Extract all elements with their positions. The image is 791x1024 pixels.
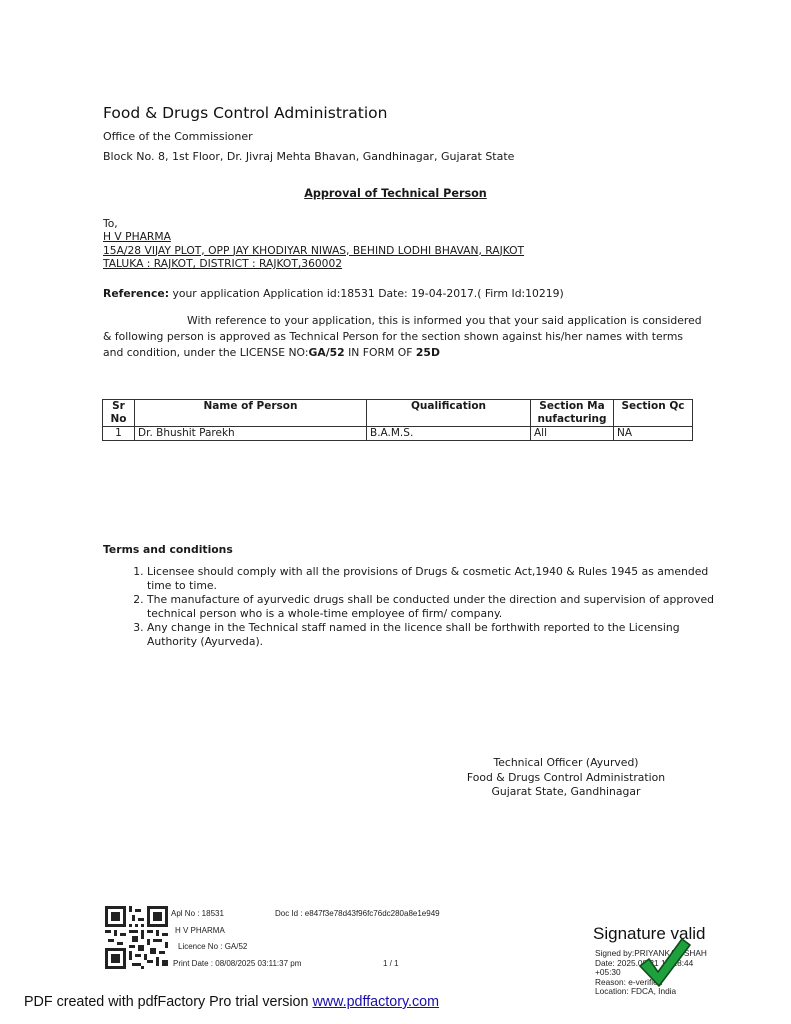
office-name: Office of the Commissioner — [103, 130, 253, 143]
meta-firm-name: H V PHARMA — [175, 926, 225, 935]
organization-title: Food & Drugs Control Administration — [103, 104, 387, 122]
meta-licence-number: Licence No : GA/52 — [178, 942, 247, 951]
table-header-row: SrNo Name of Person Qualification Sectio… — [103, 400, 693, 427]
cell-section-qc: NA — [614, 427, 693, 441]
reference-text: your application Application id:18531 Da… — [169, 287, 564, 300]
page-number: 1 / 1 — [383, 959, 399, 968]
doc-id: Doc Id : e847f3e78d43f96fc76dc280a8e1e94… — [275, 909, 440, 918]
signatory-block: Technical Officer (Ayurved) Food & Drugs… — [455, 756, 677, 800]
term-item: Any change in the Technical staff named … — [147, 621, 727, 649]
terms-title: Terms and conditions — [103, 543, 233, 556]
cell-qualification: B.A.M.S. — [367, 427, 531, 441]
col-sr-no: SrNo — [103, 400, 135, 427]
terms-list: Licensee should comply with all the prov… — [129, 565, 727, 649]
footer-text: PDF created with pdfFactory Pro trial ve… — [24, 994, 312, 1010]
recipient-name: H V PHARMA — [103, 230, 524, 244]
signatory-organization: Food & Drugs Control Administration — [455, 771, 677, 786]
cell-sr-no: 1 — [103, 427, 135, 441]
reference-line: Reference: your application Application … — [103, 287, 564, 300]
license-form: 25D — [416, 346, 440, 359]
license-number: GA/52 — [309, 346, 345, 359]
recipient-block: H V PHARMA 15A/28 VIJAY PLOT, OPP JAY KH… — [103, 230, 524, 271]
col-qualification: Qualification — [367, 400, 531, 427]
qr-code-icon — [105, 906, 168, 969]
technical-person-table: SrNo Name of Person Qualification Sectio… — [102, 399, 693, 441]
col-section-manufacturing: Section Manufacturing — [531, 400, 614, 427]
pdffactory-link[interactable]: www.pdffactory.com — [312, 994, 439, 1010]
cell-name: Dr. Bhushit Parekh — [135, 427, 367, 441]
cell-section-manufacturing: All — [531, 427, 614, 441]
body-paragraph: With reference to your application, this… — [103, 313, 703, 361]
col-section-qc: Section Qc — [614, 400, 693, 427]
to-label: To, — [103, 217, 118, 230]
signatory-designation: Technical Officer (Ayurved) — [455, 756, 677, 771]
print-date: Print Date : 08/08/2025 03:11:37 pm — [173, 959, 301, 968]
office-address: Block No. 8, 1st Floor, Dr. Jivraj Mehta… — [103, 150, 514, 163]
recipient-address-line1: 15A/28 VIJAY PLOT, OPP JAY KHODIYAR NIWA… — [103, 244, 524, 258]
checkmark-icon — [636, 934, 692, 990]
table-row: 1 Dr. Bhushit Parekh B.A.M.S. All NA — [103, 427, 693, 441]
recipient-address-line2: TALUKA : RAJKOT, DISTRICT : RAJKOT,36000… — [103, 257, 524, 271]
apl-number: Apl No : 18531 — [171, 909, 224, 918]
term-item: The manufacture of ayurvedic drugs shall… — [147, 593, 727, 621]
term-item: Licensee should comply with all the prov… — [147, 565, 727, 593]
pdf-footer: PDF created with pdfFactory Pro trial ve… — [24, 994, 439, 1010]
reference-label: Reference: — [103, 287, 169, 300]
signatory-location: Gujarat State, Gandhinagar — [455, 785, 677, 800]
col-name: Name of Person — [135, 400, 367, 427]
document-title: Approval of Technical Person — [0, 187, 791, 200]
